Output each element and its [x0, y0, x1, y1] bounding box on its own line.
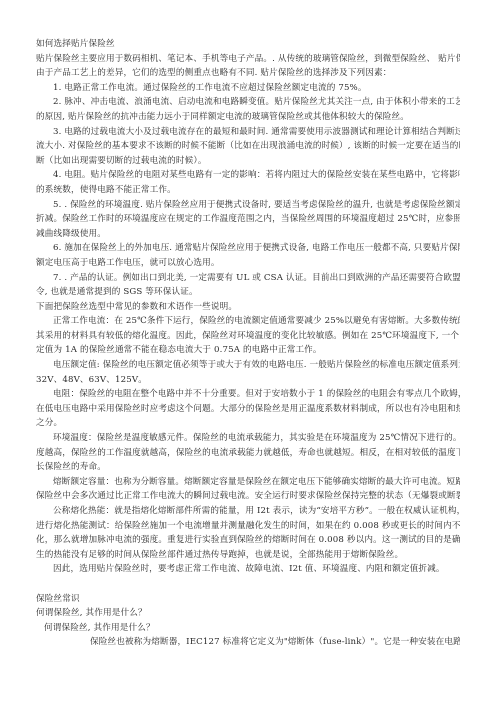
intro-line: 由于产品工艺上的差异，它们的选型的侧重点也略有不同. 贴片保险丝的选择涉及下列因… — [36, 66, 460, 81]
section-question: 何谓保险丝, 其作用是什么？ — [36, 606, 460, 621]
param-resistance-cont: 之分。 — [36, 416, 460, 431]
param-breaking-capacity-cont: 保险丝中会多次通过比正常工作电流大的瞬间过载电流。安全运行时要求保险丝保持完整的… — [36, 489, 460, 504]
param-normal-current-cont: 其采用的材料具有较低的熔化温度。因此，保险丝对环境温度的变化比较敏感。例如在 2… — [36, 329, 460, 344]
param-ambient-temp-cont: 度越高，保险丝的工作温度就越高，保险丝的电流承载能力就越低，寿命也就越短。相反，… — [36, 446, 460, 461]
param-voltage-rating: 电压额定值: 保险丝的电压额定值必须等于或大于有效的电路电压. 一般贴片保险丝的… — [36, 358, 460, 373]
factor-7: 7. . 产品的认证。例如出口到北美, 一定需要有 UL 或 CSA 认证。目前… — [36, 271, 460, 286]
intro-line: 贴片保险丝主要应用于数码相机、笔记本、手机等电子产品。. 从传统的玻璃管保险丝，… — [36, 52, 460, 67]
factor-6-cont: 额定电压高于电路工作电压，就可以放心选用。 — [36, 256, 460, 271]
factor-3-cont: 流大小. 对保险丝的基本要求不该断的时候不能断（比如在出现浪涌电流的时候）, 该… — [36, 139, 460, 154]
param-voltage-rating-cont: 32V、48V、63V、125V。 — [36, 373, 460, 388]
param-ambient-temp-cont: 长保险丝的寿命。 — [36, 460, 460, 475]
param-ambient-temp: 环境温度：保险丝是温度敏感元件。保险丝的电流承载能力，其实验是在环境温度为 25… — [36, 431, 460, 446]
section-answer: 保险丝也被称为熔断器，IEC127 标准将它定义为"熔断体（fuse-link）… — [36, 635, 460, 650]
factor-3: 3. 电路的过载电流大小及过载电流存在的最短和最时间. 通常需要使用示波器测试和… — [36, 125, 460, 140]
param-melting-energy-cont: 化，那么就增加脉冲电流的强度。重复进行实验直到保险丝的熔断时间在 0.008 秒… — [36, 533, 460, 548]
document-title: 如何选择贴片保险丝 — [36, 37, 460, 52]
factor-4-cont: 的系统数，使得电路不能正常工作。 — [36, 183, 460, 198]
factor-7-cont: 令, 也就是通常提到的 SGS 等环保认证。 — [36, 285, 460, 300]
param-normal-current: 正常工作电流：在 25℃条件下运行，保险丝的电流额定值通常要减少 25%以避免有… — [36, 314, 460, 329]
factor-4: 4. 电阻。贴片保险丝的电阻对某些电路有一定的影响：若将内阻过大的保险丝安装在某… — [36, 168, 460, 183]
param-breaking-capacity: 熔断额定容量：也称为分断容量。熔断额定容量是保险丝在额定电压下能够确实熔断的最大… — [36, 475, 460, 490]
section-question-repeat: 何谓保险丝, 其作用是什么？ — [36, 621, 460, 636]
factor-5-cont: 折减。保险丝工作时的环境温度应在规定的工作温度范围之内，当保险丝周围的环境温度超… — [36, 212, 460, 227]
spacer — [36, 577, 460, 592]
param-melting-energy-cont: 进行熔化热能测试：给保险丝施加一个电流增量并测量融化发生的时间，如果在约 0.0… — [36, 519, 460, 534]
factor-5: 5. . 保险丝的环境温度. 贴片保险丝应用于便携式设备时, 要适当考虑保险丝的… — [36, 198, 460, 213]
factor-6: 6. 施加在保险丝上的外加电压. 通常贴片保险丝应用于便携式设备, 电路工作电压… — [36, 241, 460, 256]
factor-3-cont: 断（比如出现需要切断的过载电流的时候）。 — [36, 154, 460, 169]
param-normal-current-cont: 定值为 1A 的保险丝通常不能在稳态电流大于 0.75A 的电路中正常工作。 — [36, 343, 460, 358]
param-resistance: 电阻：保险丝的电阻在整个电路中并不十分重要。但对于安培数小于 1 的保险丝的电阻… — [36, 387, 460, 402]
factor-2-cont: 的原因, 贴片保险丝的抗冲击能力远小于同样额定电流的玻璃管保险丝或其他体积较大的… — [36, 110, 460, 125]
param-resistance-cont: 在低电压电路中采用保险丝时应考虑这个问题。大部分的保险丝是用正温度系数材料制成，… — [36, 402, 460, 417]
section-title: 保险丝常识 — [36, 592, 460, 607]
conclusion: 因此，选用贴片保险丝时，要考虑正常工作电流、故障电流、I2t 值、环境温度、内阻… — [36, 562, 460, 577]
factor-2: 2. 脉冲、冲击电流、浪涌电流、启动电流和电路瞬变值。贴片保险丝尤其关注一点, … — [36, 95, 460, 110]
params-intro: 下面把保险丝选型中常见的参数和术语作一些说明。 — [36, 300, 460, 315]
document-page: 如何选择贴片保险丝 贴片保险丝主要应用于数码相机、笔记本、手机等电子产品。. 从… — [36, 37, 460, 650]
factor-5-cont: 减曲线降级使用。 — [36, 227, 460, 242]
param-melting-energy-cont: 生的热能没有足够的时间从保险丝部件通过热传导跑掉，也就是说，全部热能用于熔断保险… — [36, 548, 460, 563]
factor-1: 1. 电路正常工作电流。通过保险丝的工作电流不应超过保险丝额定电流的 75%。 — [36, 81, 460, 96]
param-melting-energy: 公称熔化热能：就是指熔化熔断部件所需的能量，用 I2t 表示，读为“安培平方秒”… — [36, 504, 460, 519]
